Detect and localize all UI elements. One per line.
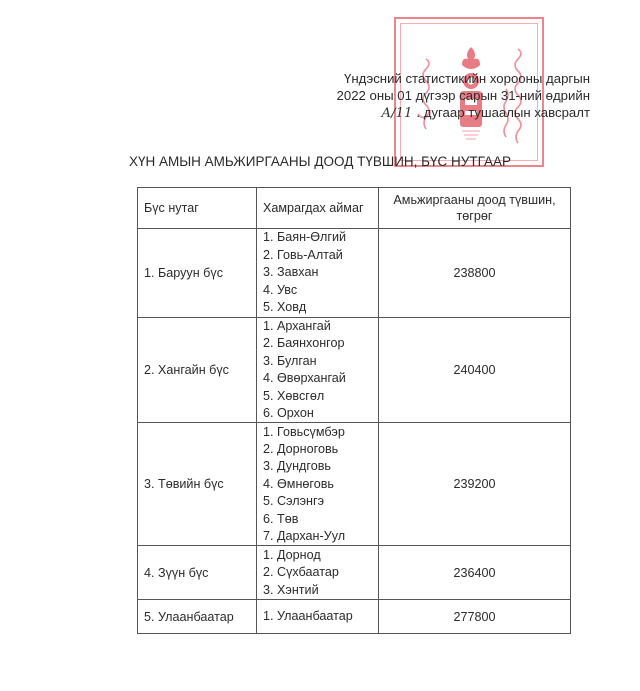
aimag-item: 5. Сэлэнгэ xyxy=(263,493,378,510)
header-aimags: Хамрагдах аймаг xyxy=(257,188,379,229)
aimag-item: 2. Говь-Алтай xyxy=(263,247,378,264)
header-subsistence-level: Амьжиргааны доод түвшин, төгрөг xyxy=(379,188,571,229)
subsistence-level-table: Бүс нутаг Хамрагдах аймаг Амьжиргааны до… xyxy=(137,187,571,634)
subsistence-value-cell: 239200 xyxy=(379,423,571,546)
aimags-cell: 1. Баян-Өлгий2. Говь-Алтай3. Завхан4. Ув… xyxy=(257,229,379,318)
aimag-item: 2. Баянхонгор xyxy=(263,335,378,352)
region-cell: 1. Баруун бүс xyxy=(138,229,257,318)
header-region: Бүс нутаг xyxy=(138,188,257,229)
table-row: 5. Улаанбаатар1. Улаанбаатар277800 xyxy=(138,600,571,634)
aimag-item: 1. Дорнод xyxy=(263,547,378,564)
aimag-list: 1. Говьсүмбэр2. Дорноговь3. Дундговь4. Ө… xyxy=(263,424,378,546)
aimag-item: 2. Дорноговь xyxy=(263,441,378,458)
aimags-cell: 1. Говьсүмбэр2. Дорноговь3. Дундговь4. Ө… xyxy=(257,423,379,546)
aimag-item: 6. Төв xyxy=(263,511,378,528)
region-cell: 5. Улаанбаатар xyxy=(138,600,257,634)
approval-annotation: Үндэсний статистикийн хорооны даргын 202… xyxy=(337,70,590,122)
aimag-item: 3. Дундговь xyxy=(263,458,378,475)
aimag-item: 3. Хэнтий xyxy=(263,582,378,599)
aimag-item: 5. Хөвсгөл xyxy=(263,388,378,405)
document-title: ХҮН АМЫН АМЬЖИРГААНЫ ДООД ТҮВШИН, БҮС НУ… xyxy=(0,154,640,169)
aimag-item: 6. Орхон xyxy=(263,405,378,422)
aimag-item: 7. Дархан-Уул xyxy=(263,528,378,545)
aimag-list: 1. Баян-Өлгий2. Говь-Алтай3. Завхан4. Ув… xyxy=(263,229,378,316)
aimag-list: 1. Архангай2. Баянхонгор3. Булган4. Өвөр… xyxy=(263,318,378,422)
aimag-item: 1. Архангай xyxy=(263,318,378,335)
approval-line-3: А/11. дугаар тушаалын хавсралт xyxy=(337,104,590,122)
aimag-item: 3. Завхан xyxy=(263,264,378,281)
order-number: А/11 xyxy=(381,106,412,121)
subsistence-value-cell: 240400 xyxy=(379,318,571,423)
region-cell: 2. Хангайн бүс xyxy=(138,318,257,423)
aimag-item: 1. Баян-Өлгий xyxy=(263,229,378,246)
aimag-item: 1. Говьсүмбэр xyxy=(263,424,378,441)
aimag-item: 2. Сүхбаатар xyxy=(263,564,378,581)
table-row: 2. Хангайн бүс1. Архангай2. Баянхонгор3.… xyxy=(138,318,571,423)
aimag-list: 1. Улаанбаатар xyxy=(263,608,378,625)
aimags-cell: 1. Улаанбаатар xyxy=(257,600,379,634)
table-header-row: Бүс нутаг Хамрагдах аймаг Амьжиргааны до… xyxy=(138,188,571,229)
aimag-list: 1. Дорнод2. Сүхбаатар3. Хэнтий xyxy=(263,547,378,599)
region-cell: 3. Төвийн бүс xyxy=(138,423,257,546)
approval-line-3-text: . дугаар тушаалын хавсралт xyxy=(416,105,590,120)
region-cell: 4. Зүүн бүс xyxy=(138,546,257,600)
aimags-cell: 1. Архангай2. Баянхонгор3. Булган4. Өвөр… xyxy=(257,318,379,423)
aimag-item: 4. Увс xyxy=(263,282,378,299)
table-row: 4. Зүүн бүс1. Дорнод2. Сүхбаатар3. Хэнти… xyxy=(138,546,571,600)
subsistence-value-cell: 238800 xyxy=(379,229,571,318)
aimag-item: 3. Булган xyxy=(263,353,378,370)
table-row: 1. Баруун бүс1. Баян-Өлгий2. Говь-Алтай3… xyxy=(138,229,571,318)
subsistence-value-cell: 236400 xyxy=(379,546,571,600)
aimag-item: 1. Улаанбаатар xyxy=(263,608,378,625)
aimag-item: 4. Өмнөговь xyxy=(263,476,378,493)
aimag-item: 4. Өвөрхангай xyxy=(263,370,378,387)
subsistence-value-cell: 277800 xyxy=(379,600,571,634)
approval-line-2: 2022 оны 01 дүгээр сарын 31-ний өдрийн xyxy=(337,87,590,104)
approval-line-1: Үндэсний статистикийн хорооны даргын xyxy=(337,70,590,87)
aimag-item: 5. Ховд xyxy=(263,299,378,316)
aimags-cell: 1. Дорнод2. Сүхбаатар3. Хэнтий xyxy=(257,546,379,600)
table-row: 3. Төвийн бүс1. Говьсүмбэр2. Дорноговь3.… xyxy=(138,423,571,546)
